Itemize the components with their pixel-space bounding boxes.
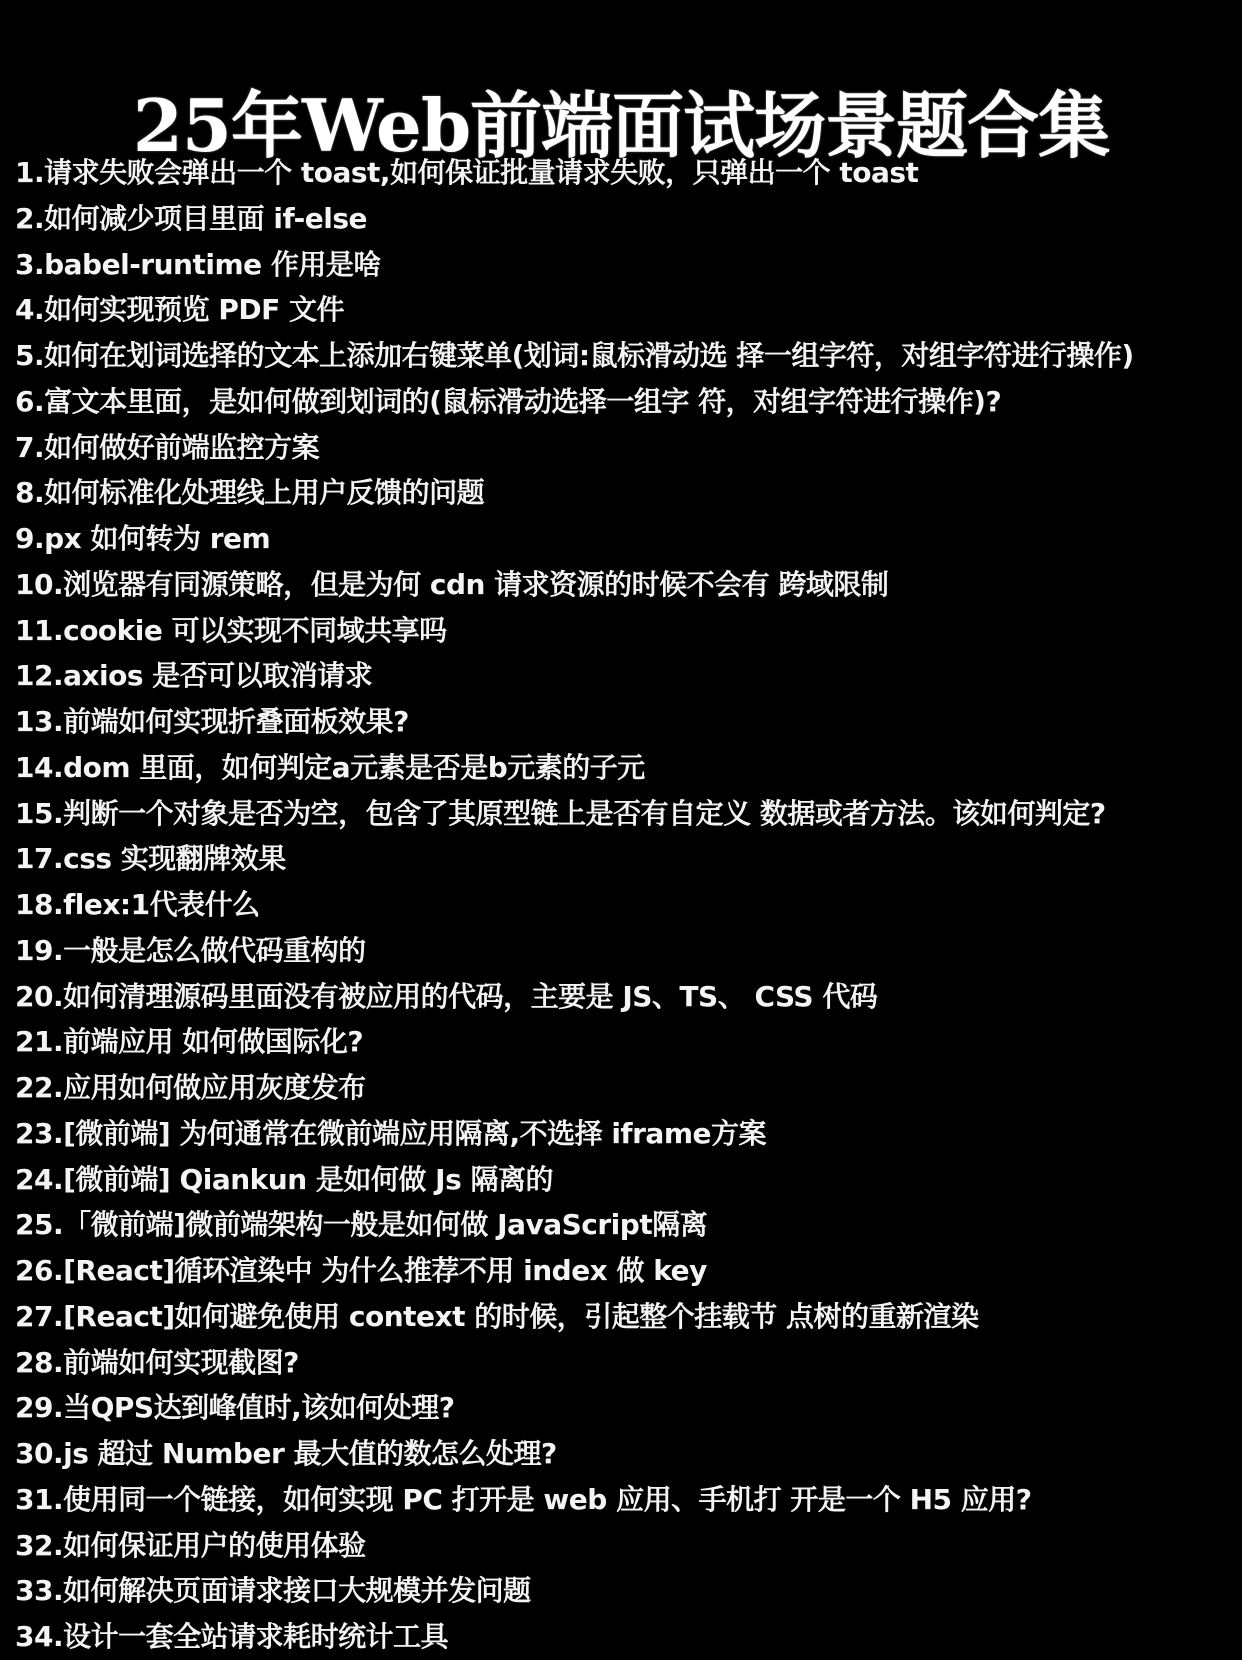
question-item: 6.富文本里面，是如何做到划词的(鼠标滑动选择一组字 符，对组字符进行操作)? [15, 379, 1134, 425]
question-item: 2.如何减少项目里面 if-else [15, 196, 1134, 242]
question-item: 30.js 超过 Number 最大值的数怎么处理? [15, 1431, 1134, 1477]
question-item: 19.一般是怎么做代码重构的 [15, 928, 1134, 974]
question-item: 3.babel-runtime 作用是啥 [15, 242, 1134, 288]
question-item: 5.如何在划词选择的文本上添加右键菜单(划词:鼠标滑动选 择一组字符，对组字符进… [15, 333, 1134, 379]
question-item: 10.浏览器有同源策略，但是为何 cdn 请求资源的时候不会有 跨域限制 [15, 562, 1134, 608]
question-item: 32.如何保证用户的使用体验 [15, 1523, 1134, 1569]
question-item: 15.判断一个对象是否为空，包含了其原型链上是否有自定义 数据或者方法。该如何判… [15, 791, 1134, 837]
question-item: 23.[微前端] 为何通常在微前端应用隔离,不选择 iframe方案 [15, 1111, 1134, 1157]
question-item: 13.前端如何实现折叠面板效果? [15, 699, 1134, 745]
question-item: 24.[微前端] Qiankun 是如何做 Js 隔离的 [15, 1157, 1134, 1203]
question-item: 14.dom 里面，如何判定a元素是否是b元素的子元 [15, 745, 1134, 791]
question-item: 21.前端应用 如何做国际化? [15, 1019, 1134, 1065]
question-item: 17.css 实现翻牌效果 [15, 836, 1134, 882]
question-item: 27.[React]如何避免使用 context 的时候，引起整个挂载节 点树的… [15, 1294, 1134, 1340]
question-item: 4.如何实现预览 PDF 文件 [15, 287, 1134, 333]
question-item: 28.前端如何实现截图? [15, 1340, 1134, 1386]
question-item: 11.cookie 可以实现不同域共享吗 [15, 608, 1134, 654]
question-item: 33.如何解决页面请求接口大规模并发问题 [15, 1568, 1134, 1614]
question-item: 31.使用同一个链接，如何实现 PC 打开是 web 应用、手机打 开是一个 H… [15, 1477, 1134, 1523]
question-item: 1.请求失败会弹出一个 toast,如何保证批量请求失败，只弹出一个 toast [15, 150, 1134, 196]
question-item: 8.如何标准化处理线上用户反馈的问题 [15, 470, 1134, 516]
question-item: 18.flex:1代表什么 [15, 882, 1134, 928]
question-item: 12.axios 是否可以取消请求 [15, 653, 1134, 699]
question-item: 7.如何做好前端监控方案 [15, 425, 1134, 471]
question-item: 9.px 如何转为 rem [15, 516, 1134, 562]
question-item: 34.设计一套全站请求耗时统计工具 [15, 1614, 1134, 1660]
question-item: 26.[React]循环渲染中 为什么推荐不用 index 做 key [15, 1248, 1134, 1294]
question-item: 20.如何清理源码里面没有被应用的代码，主要是 JS、TS、 CSS 代码 [15, 974, 1134, 1020]
question-item: 25.「微前端]微前端架构一般是如何做 JavaScript隔离 [15, 1202, 1134, 1248]
question-item: 22.应用如何做应用灰度发布 [15, 1065, 1134, 1111]
question-item: 29.当QPS达到峰值时,该如何处理? [15, 1385, 1134, 1431]
question-list: 1.请求失败会弹出一个 toast,如何保证批量请求失败，只弹出一个 toast… [15, 150, 1134, 1660]
